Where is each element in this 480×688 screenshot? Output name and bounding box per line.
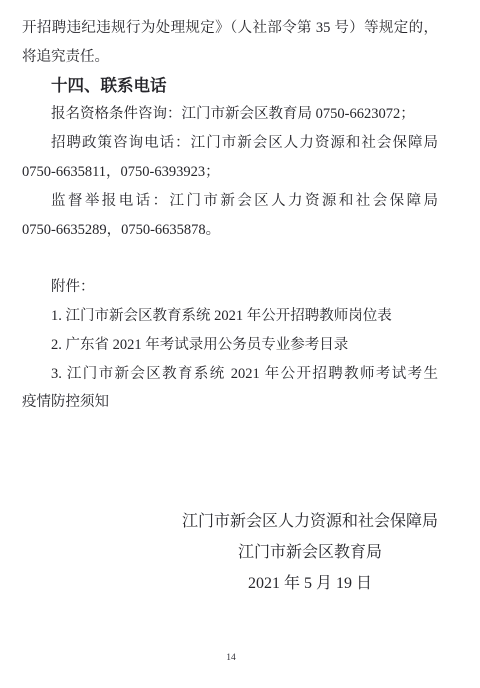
contact-line-policy: 招聘政策咨询电话：江门市新会区人力资源和社会保障局 bbox=[22, 129, 438, 158]
attachment-item-1: 1. 江门市新会区教育系统 2021 年公开招聘教师岗位表 bbox=[22, 302, 438, 331]
contact-line-policy-numbers: 0750-6635811，0750-6393923； bbox=[22, 158, 438, 187]
contact-line-qualification: 报名资格条件咨询：江门市新会区教育局 0750-6623072； bbox=[22, 100, 438, 129]
section-heading-contact-phones: 十四、联系电话 bbox=[22, 72, 438, 101]
blank-line bbox=[22, 244, 438, 273]
signature-org-hr-bureau: 江门市新会区人力资源和社会保障局 bbox=[182, 506, 438, 537]
contact-line-supervision: 监督举报电话：江门市新会区人力资源和社会保障局 bbox=[22, 187, 438, 216]
attachment-item-2: 2. 广东省 2021 年考试录用公务员专业参考目录 bbox=[22, 331, 438, 360]
blank-space bbox=[22, 417, 438, 506]
continuation-line-regulation: 开招聘违纪违规行为处理规定》（人社部令第 35 号）等规定的， bbox=[22, 14, 438, 43]
signature-date: 2021 年 5 月 19 日 bbox=[182, 568, 438, 599]
attachment-item-3: 3. 江门市新会区教育系统 2021 年公开招聘教师考试考生 bbox=[22, 360, 438, 389]
document-page: 开招聘违纪违规行为处理规定》（人社部令第 35 号）等规定的， 将追究责任。 十… bbox=[0, 0, 480, 688]
signature-org-education-bureau: 江门市新会区教育局 bbox=[182, 537, 438, 568]
continuation-line-liability: 将追究责任。 bbox=[22, 43, 438, 72]
signature-block: 江门市新会区人力资源和社会保障局 江门市新会区教育局 2021 年 5 月 19… bbox=[182, 506, 438, 599]
contact-line-supervision-numbers: 0750-6635289，0750-6635878。 bbox=[22, 216, 438, 245]
attachments-label: 附件： bbox=[22, 273, 438, 302]
attachment-item-3-continued: 疫情防控须知 bbox=[22, 388, 438, 417]
page-number: 14 bbox=[0, 653, 471, 663]
